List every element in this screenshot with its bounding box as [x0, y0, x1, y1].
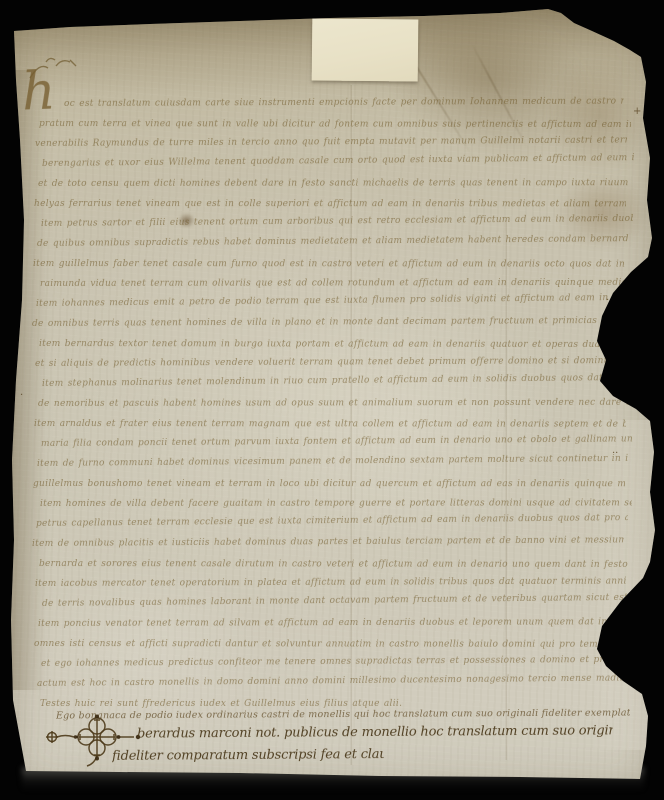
manuscript-line: item bernardus textor tenet domum in bur…: [39, 338, 631, 354]
manuscript-line: et ego iohannes medicus predictus confit…: [41, 654, 633, 673]
notary-closing-line: fideliter comparatum subscripsi fea et c…: [112, 747, 384, 764]
margin-dots-mark: ··: [612, 448, 618, 459]
manuscript-line: bernarda et sorores eius tenent casale d…: [39, 558, 631, 574]
photograph-of-parchment-charter: h oc est translatum cuiusdam carte siue …: [0, 0, 664, 800]
manuscript-line: de quibus omnibus supradictis rebus habe…: [37, 233, 629, 253]
margin-dot-mark: ·: [20, 390, 23, 401]
initial-letter: h: [21, 65, 56, 118]
margin-cross-mark: +: [633, 106, 641, 117]
manuscript-line: actum est hoc in castro monellis in domo…: [37, 672, 629, 693]
manuscript-line: de nemoribus et pascuis habent homines u…: [38, 397, 630, 413]
manuscript-line: guillelmus bonushomo tenet vineam et ter…: [33, 478, 625, 493]
manuscript-line: helyas ferrarius tenet vineam que est in…: [34, 198, 626, 213]
manuscript-line: item poncius venator tenet terram ad sil…: [38, 616, 630, 633]
manuscript-line: item homines de villa debent facere guai…: [40, 497, 632, 513]
manuscript-line: maria filia condam poncii tenet ortum pa…: [41, 433, 633, 453]
manuscript-line: berengarius et uxor eius Willelma tenent…: [42, 152, 634, 173]
manuscript-line: et de toto censu quem dicti homines debe…: [38, 177, 630, 193]
manuscript-line: item arnaldus et frater eius tenent terr…: [34, 418, 626, 434]
manuscript-line: de omnibus terris quas tenent homines de…: [32, 315, 624, 333]
manuscript-line: omnes isti census et afficti supradicti …: [34, 638, 626, 654]
manuscript-line: item iacobus mercator tenet operatorium …: [35, 576, 627, 593]
manuscript-line: item stephanus molinarius tenet molendin…: [42, 372, 634, 393]
margin-dots-mark: ··: [606, 295, 612, 306]
stain-left-edge: [0, 70, 46, 690]
manuscript-line: item guillelmus faber tenet casale cum f…: [33, 258, 625, 274]
manuscript-line: item de omnibus placitis et iusticiis ha…: [32, 534, 624, 553]
manuscript-line: item petrus sartor et filii eius tenent …: [41, 213, 633, 233]
manuscript-line: oc est translatum cuiusdam carte siue in…: [64, 96, 624, 113]
manuscript-line: item de furno communi habet dominus vice…: [37, 453, 629, 473]
manuscript-line: de terris novalibus quas homines laboran…: [42, 592, 634, 613]
manuscript-line: raimunda vidua tenet terram cum olivarii…: [40, 277, 632, 293]
manuscript-line: petrus capellanus tenet terram ecclesie …: [36, 512, 628, 533]
repair-patch: [312, 18, 419, 81]
parchment-sheet: h oc est translatum cuiusdam carte siue …: [0, 0, 664, 800]
manuscript-line: venerabilis Raymundus de turre miles in …: [35, 134, 627, 153]
manuscript-line: et si aliquis de predictis hominibus ven…: [35, 355, 627, 373]
notary-attestation-line: berardus marconi not. publicus de monell…: [137, 723, 613, 741]
manuscript-line: item iohannes medicus emit a petro de po…: [36, 292, 628, 313]
manuscript-line: pratum cum terra et vinea que sunt in va…: [39, 118, 631, 134]
